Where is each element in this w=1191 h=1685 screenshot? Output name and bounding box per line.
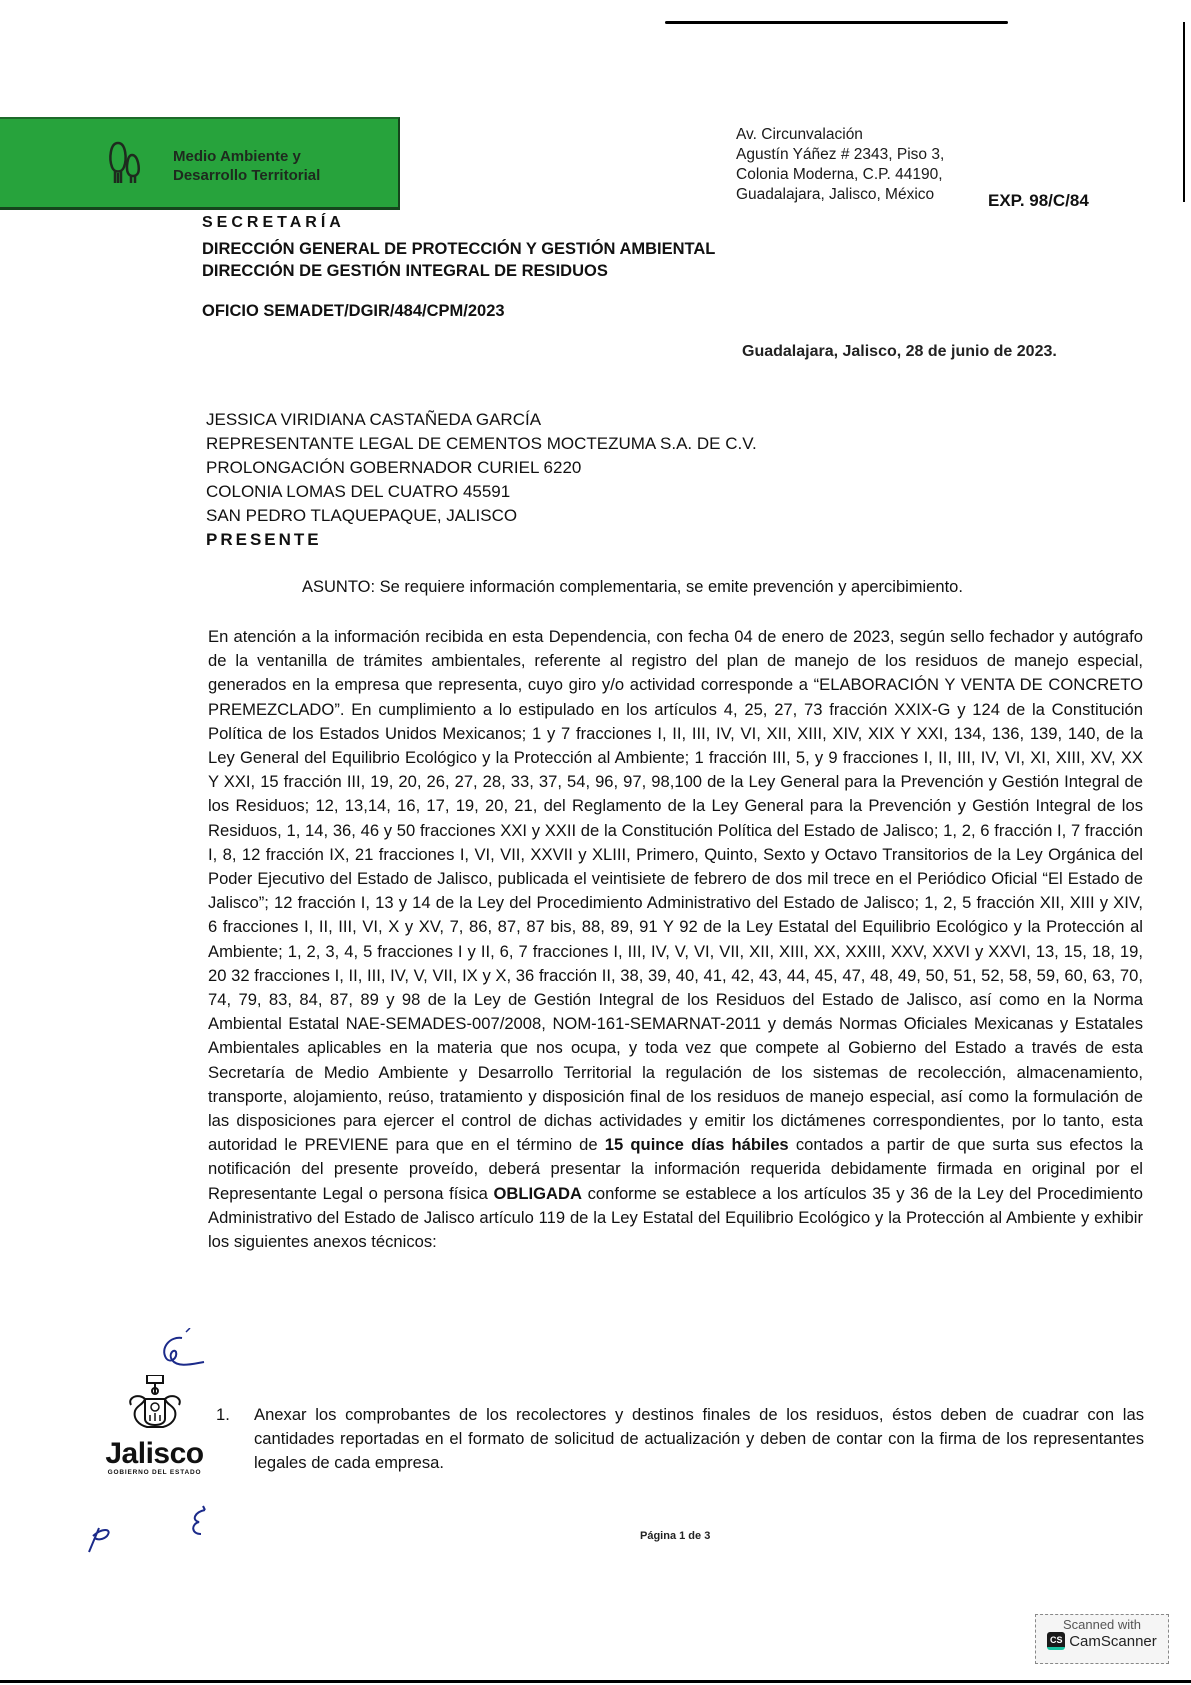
jalisco-subtitle: GOBIERNO DEL ESTADO [92, 1469, 217, 1476]
banner-title: Medio Ambiente y Desarrollo Territorial [173, 147, 320, 185]
recipient-name: JESSICA VIRIDIANA CASTAÑEDA GARCÍA [206, 408, 757, 432]
oficio-number: OFICIO SEMADET/DGIR/484/CPM/2023 [202, 302, 505, 321]
coat-of-arms-icon [125, 1375, 185, 1439]
recipient-title: REPRESENTANTE LEGAL DE CEMENTOS MOCTEZUM… [206, 432, 757, 456]
asunto-text: Se requiere información complementaria, … [375, 578, 963, 596]
jalisco-wordmark: Jalisco [92, 1439, 217, 1469]
address-line-4: Guadalajara, Jalisco, México [736, 185, 944, 205]
signature-icon [152, 1328, 207, 1373]
camscanner-brand: CS CamScanner [1036, 1632, 1168, 1650]
page-number: Página 1 de 3 [640, 1530, 710, 1542]
document-date: Guadalajara, Jalisco, 28 de junio de 202… [742, 343, 1057, 361]
address-line-2: Agustín Yáñez # 2343, Piso 3, [736, 145, 944, 165]
office-address: Av. Circunvalación Agustín Yáñez # 2343,… [736, 125, 944, 205]
presente-label: PRESENTE [206, 528, 757, 552]
recipient-block: JESSICA VIRIDIANA CASTAÑEDA GARCÍA REPRE… [206, 408, 757, 552]
list-item-text: Anexar los comprobantes de los recolecto… [254, 1403, 1144, 1476]
jalisco-government-logo: Jalisco GOBIERNO DEL ESTADO [92, 1375, 217, 1476]
right-scan-edge [1183, 22, 1185, 202]
list-item-number: 1. [216, 1403, 230, 1427]
direccion-general-heading: DIRECCIÓN GENERAL DE PROTECCIÓN Y GESTIÓ… [202, 240, 715, 259]
list-item: 1. Anexar los comprobantes de los recole… [216, 1403, 1144, 1476]
address-line-1: Av. Circunvalación [736, 125, 944, 145]
address-line-3: Colonia Moderna, C.P. 44190, [736, 165, 944, 185]
banner-line-1: Medio Ambiente y [173, 147, 320, 166]
camscanner-line-1: Scanned with [1036, 1617, 1168, 1632]
initials-icon [85, 1524, 120, 1554]
body-obligada: OBLIGADA [493, 1184, 582, 1203]
banner-line-2: Desarrollo Territorial [173, 166, 320, 185]
semadet-banner: Medio Ambiente y Desarrollo Territorial [0, 117, 400, 210]
recipient-city: SAN PEDRO TLAQUEPAQUE, JALISCO [206, 504, 757, 528]
body-text-part-1: En atención a la información recibida en… [208, 627, 1143, 1154]
initials-icon [187, 1504, 212, 1539]
camscanner-line-2: CamScanner [1069, 1633, 1157, 1650]
top-scan-rule [665, 21, 1008, 24]
body-paragraph: En atención a la información recibida en… [208, 625, 1143, 1254]
expediente-number: EXP. 98/C/84 [988, 191, 1089, 211]
recipient-street: PROLONGACIÓN GOBERNADOR CURIEL 6220 [206, 456, 757, 480]
camscanner-watermark: Scanned with CS CamScanner [1035, 1614, 1169, 1664]
camscanner-logo-icon: CS [1047, 1632, 1065, 1650]
direccion-heading: DIRECCIÓN DE GESTIÓN INTEGRAL DE RESIDUO… [202, 262, 608, 281]
tree-icon [108, 139, 148, 187]
body-deadline: 15 quince días hábiles [605, 1135, 789, 1154]
secretaria-heading: SECRETARÍA [202, 214, 345, 232]
asunto-label: ASUNTO: [302, 578, 375, 596]
asunto-line: ASUNTO: Se requiere información compleme… [302, 578, 963, 597]
recipient-colonia: COLONIA LOMAS DEL CUATRO 45591 [206, 480, 757, 504]
bottom-scan-edge [0, 1680, 1191, 1683]
